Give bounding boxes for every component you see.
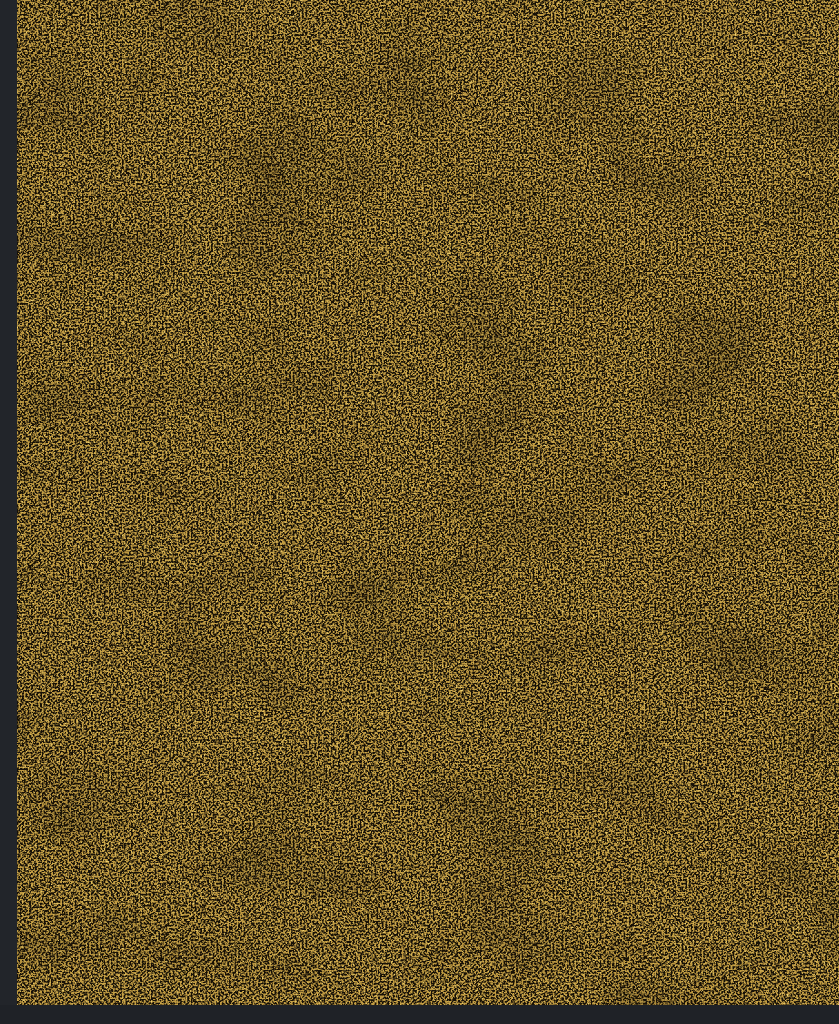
cloth-texture (17, 0, 839, 1005)
book-binding-edge-left (0, 0, 17, 1024)
book-cover-cloth (17, 0, 839, 1005)
scanner-background (0, 0, 839, 1024)
book-edge-bottom (0, 1005, 839, 1024)
cloth-base (17, 0, 839, 1005)
